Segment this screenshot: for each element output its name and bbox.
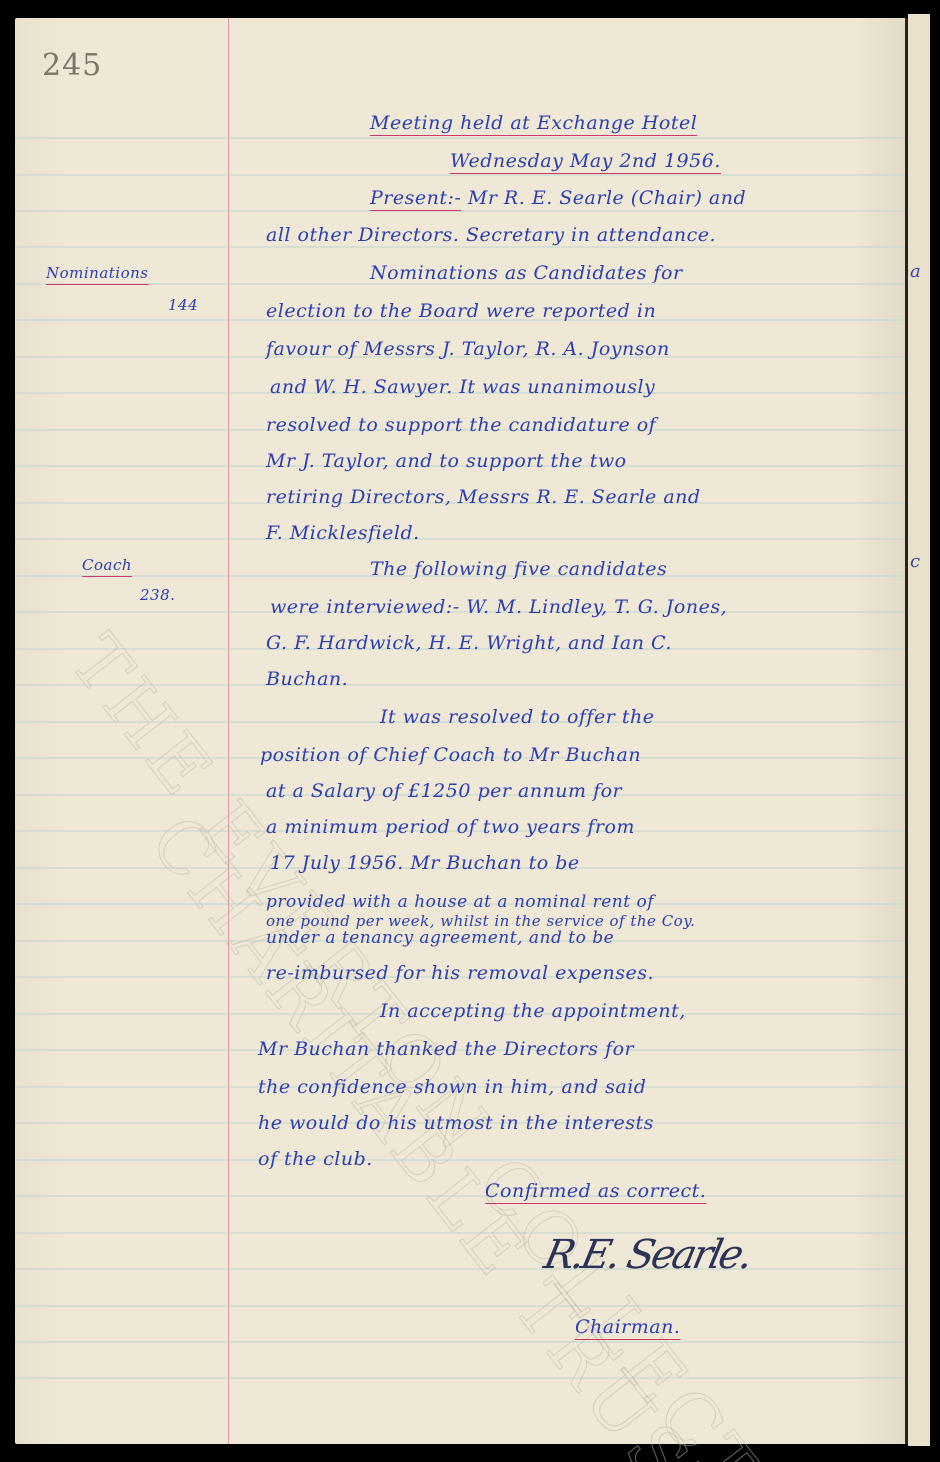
minute-line: F. Micklesfield. bbox=[266, 522, 420, 544]
minute-line: favour of Messrs J. Taylor, R. A. Joynso… bbox=[266, 338, 670, 360]
minute-line: he would do his utmost in the interests bbox=[258, 1112, 654, 1134]
minute-line: Mr J. Taylor, and to support the two bbox=[266, 450, 627, 472]
chairman-title: Chairman. bbox=[575, 1316, 680, 1338]
next-page-mark: c bbox=[910, 551, 920, 572]
minute-line: In accepting the appointment, bbox=[380, 1000, 686, 1022]
minute-line: of the club. bbox=[258, 1148, 373, 1170]
minute-line: the confidence shown in him, and said bbox=[258, 1076, 646, 1098]
present-text: Mr R. E. Searle (Chair) and bbox=[468, 187, 746, 209]
meeting-date: Wednesday May 2nd 1956. bbox=[450, 150, 721, 172]
confirmed-note: Confirmed as correct. bbox=[485, 1180, 706, 1202]
minute-line: and W. H. Sawyer. It was unanimously bbox=[270, 376, 655, 398]
minute-line: under a tenancy agreement, and to be bbox=[266, 928, 614, 948]
margin-rule bbox=[228, 18, 229, 1444]
margin-note-label: Nominations bbox=[46, 264, 149, 282]
present-label: Present:- bbox=[370, 187, 461, 209]
minute-line: Nominations as Candidates for bbox=[370, 262, 683, 284]
minute-line: The following five candidates bbox=[370, 558, 667, 580]
minute-line: re-imbursed for his removal expenses. bbox=[266, 962, 654, 984]
present-line: Present:- Mr R. E. Searle (Chair) and bbox=[370, 187, 746, 209]
minute-line: at a Salary of £1250 per annum for bbox=[266, 780, 622, 802]
minute-line: retiring Directors, Messrs R. E. Searle … bbox=[266, 486, 701, 508]
margin-note-label: Coach bbox=[82, 556, 132, 574]
minute-line: election to the Board were reported in bbox=[266, 300, 656, 322]
minute-line: resolved to support the candidature of bbox=[266, 414, 656, 436]
minute-line: a minimum period of two years from bbox=[266, 816, 635, 838]
meeting-heading: Meeting held at Exchange Hotel bbox=[370, 112, 697, 134]
margin-note-ref: 238. bbox=[140, 586, 175, 604]
minute-line: were interviewed:- W. M. Lindley, T. G. … bbox=[270, 596, 727, 618]
next-page-edge: a c bbox=[908, 14, 930, 1446]
minute-line: 17 July 1956. Mr Buchan to be bbox=[270, 852, 580, 874]
page-number: 245 bbox=[42, 48, 102, 83]
minute-line: G. F. Hardwick, H. E. Wright, and Ian C. bbox=[266, 632, 672, 654]
chairman-signature: R.E. Searle. bbox=[540, 1232, 754, 1278]
minute-line: It was resolved to offer the bbox=[380, 706, 654, 728]
minute-line: all other Directors. Secretary in attend… bbox=[266, 224, 716, 246]
minute-line: provided with a house at a nominal rent … bbox=[266, 892, 654, 912]
minute-line: Mr Buchan thanked the Directors for bbox=[258, 1038, 634, 1060]
next-page-mark: a bbox=[910, 261, 921, 282]
minute-line: Buchan. bbox=[266, 668, 348, 690]
margin-note-ref: 144 bbox=[168, 296, 198, 314]
minute-line: position of Chief Coach to Mr Buchan bbox=[260, 744, 641, 766]
